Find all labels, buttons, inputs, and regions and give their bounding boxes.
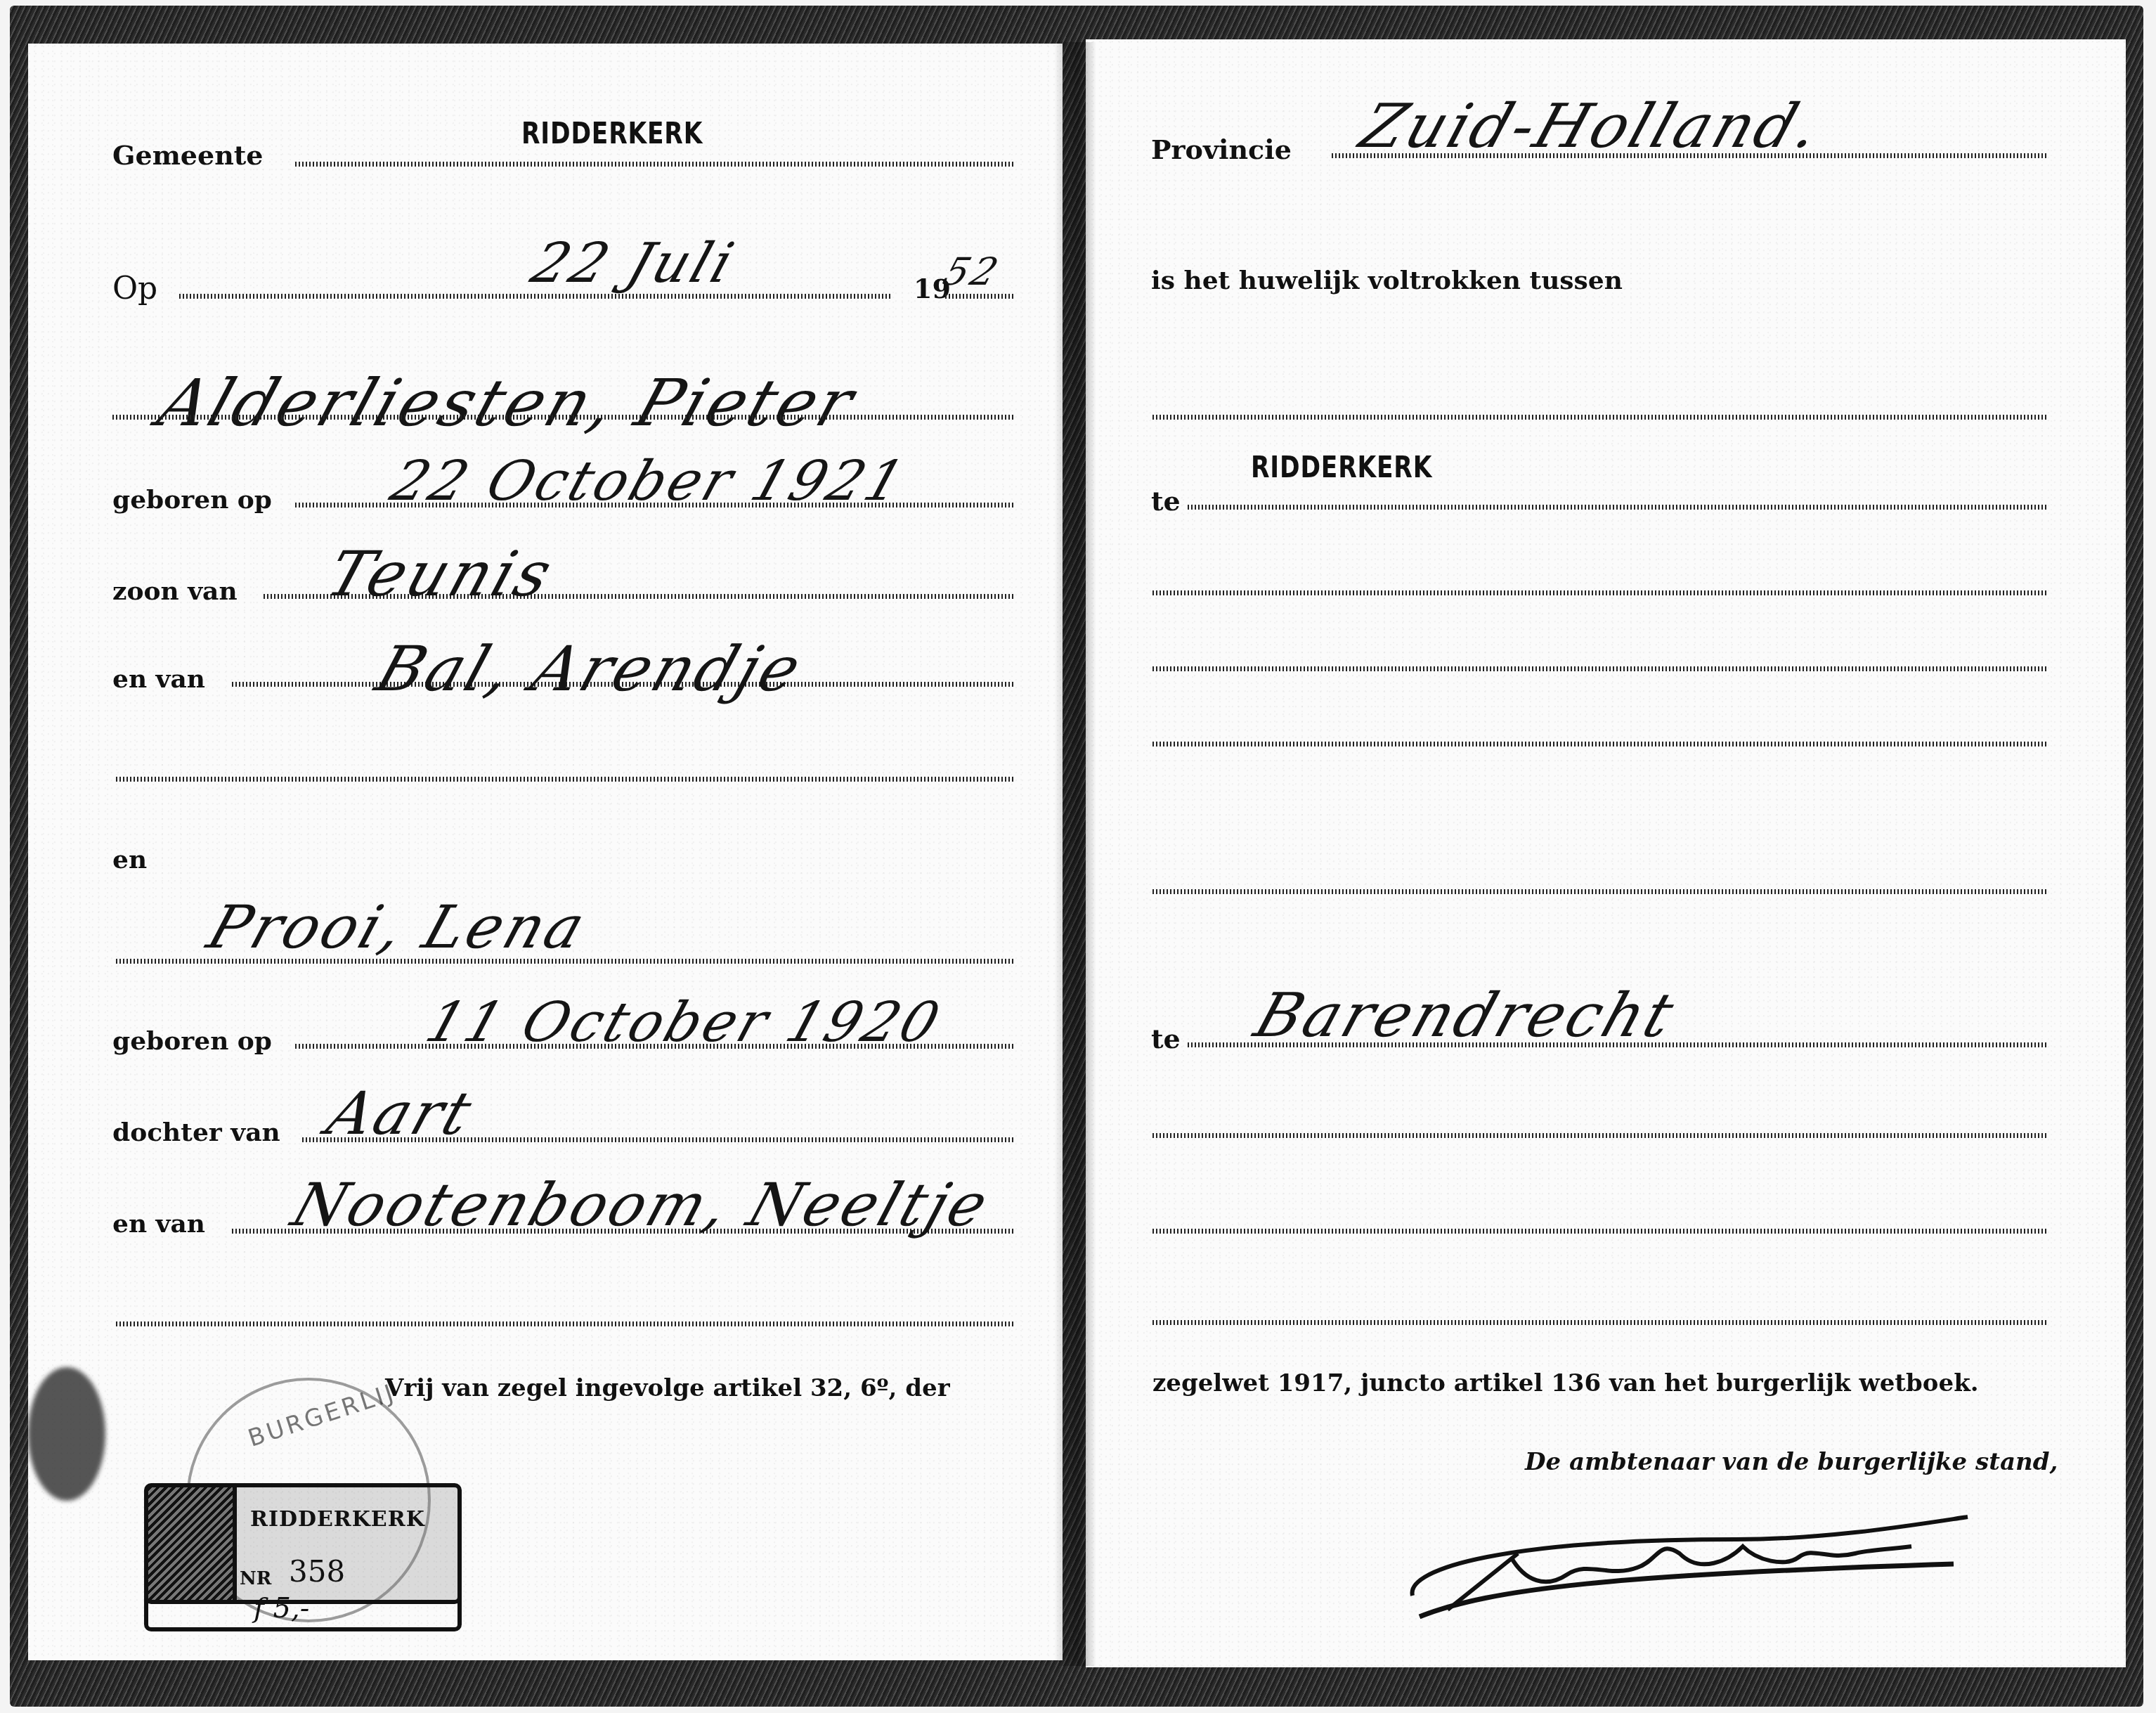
groom-mother: Bal, Arendje: [368, 633, 812, 705]
fee-amount-box: f 5,-: [144, 1592, 462, 1631]
intro-text: is het huwelijk voltrokken tussen: [1151, 266, 1623, 295]
blank-line-right-8: [1152, 1320, 2048, 1325]
gemeente-stamp: RIDDERKERK: [521, 116, 703, 150]
bride-name-line: [116, 959, 1015, 964]
groom-place-line: [1188, 505, 2048, 510]
blank-line-left-2: [116, 1321, 1015, 1326]
fee-amount: f 5,-: [254, 1592, 309, 1624]
blank-line-right-1: [1152, 415, 2048, 420]
groom-place-label: te: [1151, 485, 1181, 517]
registrar-signature: [1405, 1511, 1982, 1624]
groom-birthdate: 22 October 1921: [383, 450, 914, 513]
bride-birthdate: 11 October 1920: [418, 991, 949, 1054]
blank-line-right-2: [1152, 590, 2048, 595]
groom-name-line: [112, 415, 1015, 420]
groom-name: Alderliesten, Pieter: [150, 366, 866, 441]
groom-father: Teunis: [318, 538, 563, 610]
gemeente-line: [295, 162, 1015, 167]
fee-stamp-town: RIDDERKERK: [250, 1507, 425, 1532]
bride-and-of-label: en van: [112, 1209, 205, 1239]
blank-line-right-6: [1152, 1133, 2048, 1138]
fee-stamp-number: 358: [289, 1554, 345, 1589]
blank-line-right-5: [1152, 889, 2048, 894]
groom-born-label: geboren op: [112, 485, 272, 515]
marriage-date: 22 Juli: [524, 232, 743, 295]
fee-stamp-box: RIDDERKERK NR 358: [144, 1483, 462, 1604]
left-footer-text: Vrij van zegel ingevolge artikel 32, 6º,…: [385, 1374, 950, 1402]
bride-born-label: geboren op: [112, 1026, 272, 1056]
fee-stamp: RIDDERKERK NR 358 f 5,-: [137, 1466, 495, 1627]
blank-line-left-1: [116, 777, 1015, 782]
provincie-value: Zuid-Holland.: [1352, 91, 1831, 162]
groom-place-stamp: RIDDERKERK: [1251, 450, 1432, 484]
and-label: en: [112, 845, 147, 874]
page-gutter: [1054, 42, 1096, 1666]
blank-line-right-4: [1152, 742, 2048, 746]
fee-stamp-nr-label: NR: [240, 1568, 271, 1589]
right-footer-text: zegelwet 1917, juncto artikel 136 van he…: [1152, 1369, 1979, 1397]
official-title: De ambtenaar van de burgerlijke stand,: [1525, 1448, 2058, 1476]
bride-daughter-of-label: dochter van: [112, 1118, 280, 1147]
blank-line-right-7: [1152, 1229, 2048, 1234]
coat-of-arms-icon: [148, 1487, 237, 1600]
ink-blot: [28, 1367, 105, 1501]
blank-line-right-3: [1152, 666, 2048, 671]
bride-father: Aart: [319, 1079, 482, 1148]
year-line: [945, 294, 1015, 299]
bride-name: Prooi, Lena: [200, 893, 596, 962]
bride-place-label: te: [1151, 1023, 1181, 1054]
groom-son-of-label: zoon van: [112, 576, 238, 606]
bride-mother: Nootenboom, Neeltje: [284, 1170, 999, 1239]
provincie-label: Provincie: [1151, 134, 1292, 165]
bride-place: Barendrecht: [1247, 981, 1685, 1051]
seal-text: BURGERLIJ: [245, 1378, 399, 1452]
gemeente-label: Gemeente: [112, 139, 264, 171]
groom-and-of-label: en van: [112, 664, 205, 694]
op-label: Op: [112, 271, 157, 306]
